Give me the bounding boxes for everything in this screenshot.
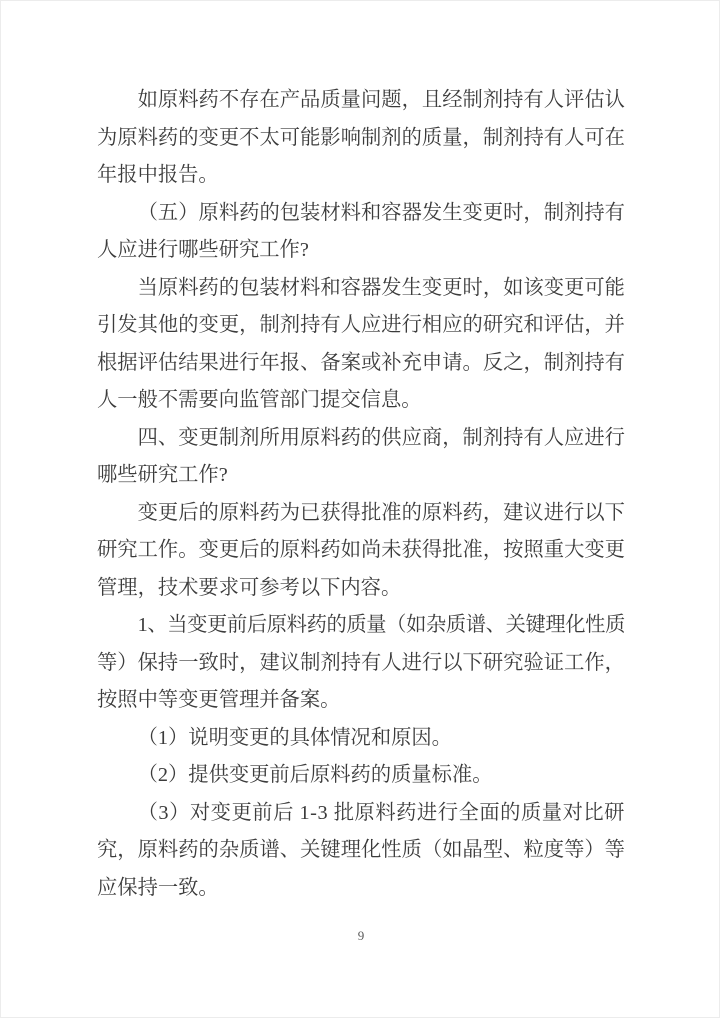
paragraph-numbered-item: （3）对变更前后 1-3 批原料药进行全面的质量对比研究，原料药的杂质谱、关键理…: [97, 795, 625, 908]
paragraph-section-heading: 四、变更制剂所用原料药的供应商，制剂持有人应进行哪些研究工作?: [97, 420, 625, 495]
text-line: 为原料药的变更不太可能影响制剂的质量，制剂持有人可在: [97, 120, 625, 158]
text-line: 四、变更制剂所用原料药的供应商，制剂持有人应进行: [97, 420, 625, 458]
text-line: 变更后的原料药为已获得批准的原料药，建议进行以下: [97, 495, 625, 533]
text-line: 管理，技术要求可参考以下内容。: [97, 570, 625, 608]
paragraph-body-text: 当原料药的包装材料和容器发生变更时，如该变更可能引发其他的变更，制剂持有人应进行…: [97, 270, 625, 420]
text-line: 哪些研究工作?: [97, 457, 625, 495]
paragraph-numbered-item: （2）提供变更前后原料药的质量标准。: [97, 757, 625, 795]
paragraph-numbered-item: 1、当变更前后原料药的质量（如杂质谱、关键理化性质等）保持一致时，建议制剂持有人…: [97, 607, 625, 720]
text-line: （2）提供变更前后原料药的质量标准。: [97, 757, 625, 795]
text-line: （五）原料药的包装材料和容器发生变更时，制剂持有: [97, 195, 625, 233]
document-body: 如原料药不存在产品质量问题，且经制剂持有人评估认为原料药的变更不太可能影响制剂的…: [97, 82, 625, 907]
text-line: 引发其他的变更，制剂持有人应进行相应的研究和评估，并: [97, 307, 625, 345]
text-line: 应保持一致。: [97, 870, 625, 908]
text-line: 人应进行哪些研究工作?: [97, 232, 625, 270]
text-line: 研究工作。变更后的原料药如尚未获得批准，按照重大变更: [97, 532, 625, 570]
page-number: 9: [1, 928, 720, 944]
text-line: 如原料药不存在产品质量问题，且经制剂持有人评估认: [97, 82, 625, 120]
paragraph-numbered-item: （1）说明变更的具体情况和原因。: [97, 720, 625, 758]
paragraph-body-text: 变更后的原料药为已获得批准的原料药，建议进行以下研究工作。变更后的原料药如尚未获…: [97, 495, 625, 608]
text-line: 人一般不需要向监管部门提交信息。: [97, 382, 625, 420]
text-line: （1）说明变更的具体情况和原因。: [97, 720, 625, 758]
text-line: 根据评估结果进行年报、备案或补充申请。反之，制剂持有: [97, 345, 625, 383]
text-line: 究，原料药的杂质谱、关键理化性质（如晶型、粒度等）等: [97, 832, 625, 870]
document-page: 如原料药不存在产品质量问题，且经制剂持有人评估认为原料药的变更不太可能影响制剂的…: [0, 0, 720, 1018]
text-line: 年报中报告。: [97, 157, 625, 195]
text-line: 1、当变更前后原料药的质量（如杂质谱、关键理化性质: [97, 607, 625, 645]
paragraph-body-text: 如原料药不存在产品质量问题，且经制剂持有人评估认为原料药的变更不太可能影响制剂的…: [97, 82, 625, 195]
text-line: 当原料药的包装材料和容器发生变更时，如该变更可能: [97, 270, 625, 308]
text-line: 等）保持一致时，建议制剂持有人进行以下研究验证工作，: [97, 645, 625, 683]
text-line: （3）对变更前后 1-3 批原料药进行全面的质量对比研: [97, 795, 625, 833]
paragraph-question-heading: （五）原料药的包装材料和容器发生变更时，制剂持有人应进行哪些研究工作?: [97, 195, 625, 270]
text-line: 按照中等变更管理并备案。: [97, 682, 625, 720]
